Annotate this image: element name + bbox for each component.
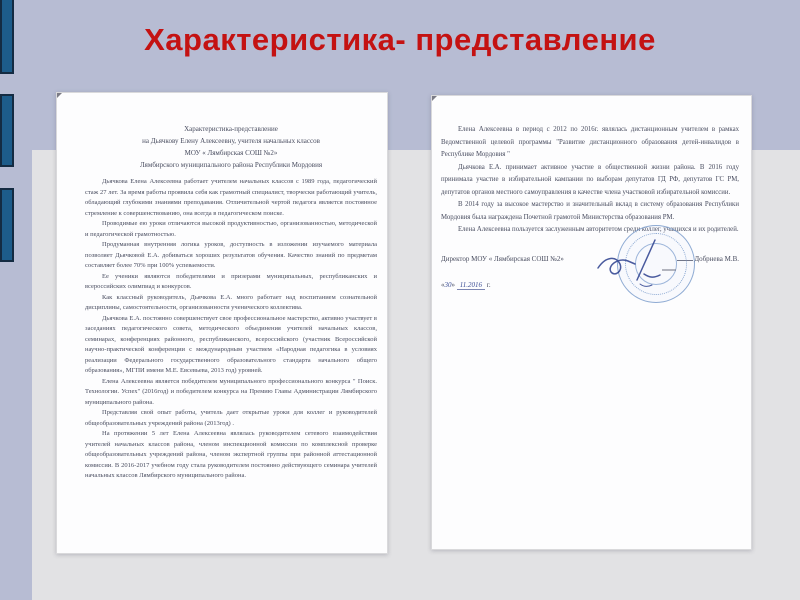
document-paragraph: Дьячкова Е.А. постоянно совершенствует с… xyxy=(85,314,377,377)
document-paragraph: Дьячкова Е.А. принимает активное участие… xyxy=(441,162,739,200)
date-close-quote: » xyxy=(452,281,456,289)
director-role-label: Директор МОУ « Лямбирская СОШ №2» xyxy=(441,253,564,266)
document-header: Характеристика-представление на Дьячкову… xyxy=(85,123,377,171)
document-paragraph: Как классный руководитель, Дьячкова Е.А.… xyxy=(85,293,377,314)
date-suffix: г. xyxy=(487,281,491,289)
document-school-line: МОУ « Лямбирская СОШ №2» xyxy=(85,147,377,159)
document-paragraph: Дьячкова Елена Алексеевна работает учите… xyxy=(85,177,377,219)
document-title-line: Характеристика-представление xyxy=(85,123,377,135)
slide-title: Характеристика- представление xyxy=(40,22,760,58)
accent-bar-middle xyxy=(0,94,14,167)
document-page-left: Характеристика-представление на Дьячкову… xyxy=(56,92,388,554)
signature-icon xyxy=(592,234,712,292)
document-paragraph: Елена Алексеевна является победителем му… xyxy=(85,377,377,409)
document-page-right: Елена Алексеевна в период с 2012 по 2016… xyxy=(431,95,752,550)
document-addressee-line: на Дьячкову Елену Алексеевну, учителя на… xyxy=(85,135,377,147)
date-day: 30 xyxy=(445,281,452,289)
document-paragraph: В 2014 году за высокое мастерство и знач… xyxy=(441,199,739,224)
document-district-line: Лямбирского муниципального района Респуб… xyxy=(85,159,377,171)
document-paragraph: Проводимые ею уроки отличаются высокой п… xyxy=(85,219,377,240)
document-paragraph: На протяжении 5 лет Елена Алексеевна явл… xyxy=(85,429,377,482)
date-value: 11.2016 xyxy=(457,281,485,290)
accent-bar-top xyxy=(0,0,14,74)
accent-bar-bottom xyxy=(0,188,14,262)
document-paragraph: Представляя свой опыт работы, учитель да… xyxy=(85,408,377,429)
document-paragraph: Ее ученики являются победителями и призе… xyxy=(85,272,377,293)
document-paragraph: Елена Алексеевна в период с 2012 по 2016… xyxy=(441,124,739,162)
document-paragraph: Продуманная внутренняя логика уроков, до… xyxy=(85,240,377,272)
